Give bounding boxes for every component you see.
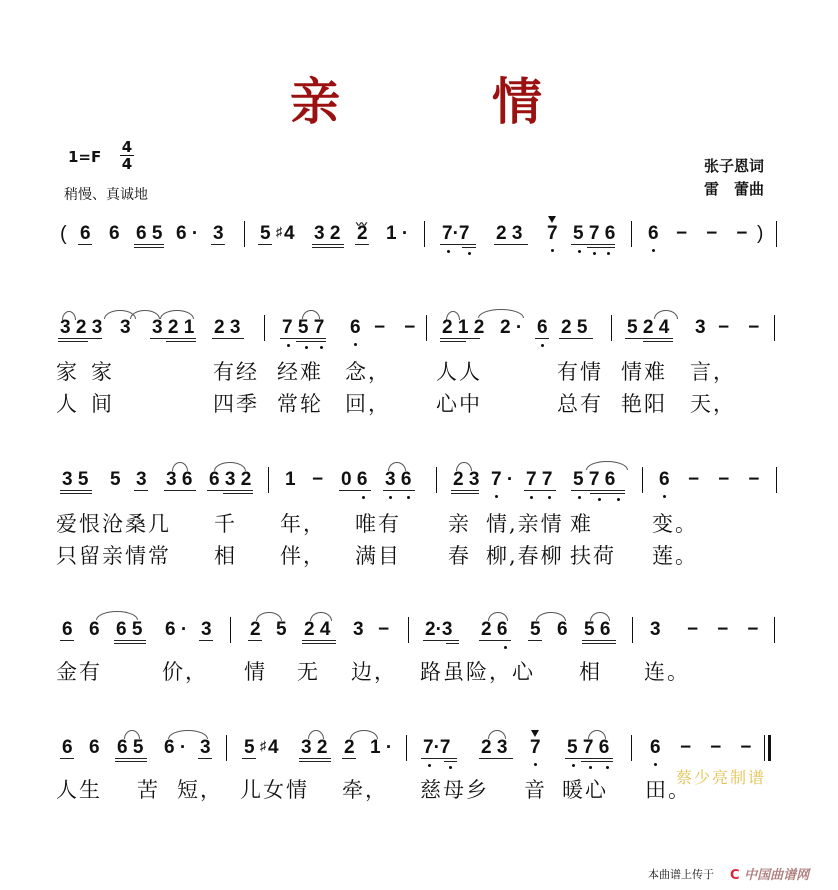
note: 2 3 [481,738,507,758]
lyric: 金有 [56,656,102,686]
note: 6 [62,738,73,758]
site-logo[interactable]: C 中国曲谱网 [730,864,809,883]
note: 5 [530,620,541,640]
key-signature: 1=F [68,148,101,166]
dash: − [378,620,389,640]
sharp-sign: ♯ [276,222,283,242]
lyric: 天， [690,388,736,418]
note: 5 [276,620,287,640]
barline [230,617,231,643]
note: 4 [284,224,295,244]
note: 1 · [386,224,408,244]
barline [436,467,437,493]
sharp-sign: ♯ [260,736,267,756]
note: 6 · [165,620,187,640]
lyric: 情难 [621,356,667,386]
note: 6 [350,318,361,338]
note: 7 7 [526,470,552,490]
note: 7 [547,224,558,244]
note: 3 [200,738,211,758]
note: 5 7 6 [567,738,609,758]
lyric: 只留亲情常 [56,540,171,570]
lyric: 慈母乡 [420,774,489,804]
lyric: 牵， [342,774,388,804]
open-paren: ( [60,224,67,244]
note: 2 6 [481,620,507,640]
note: 5 7 6 [573,470,615,490]
barline [406,735,407,761]
note: 5 [244,738,255,758]
note: 6 [89,738,100,758]
note: 6 · [176,224,198,244]
note: 3 2 [301,738,327,758]
note: 3 2 3 [60,318,102,338]
note: 5 [260,224,271,244]
note: 3 2 1 [152,318,194,338]
lyric: 亲 [448,508,471,538]
lyric: 难 [570,508,593,538]
lyric: 变。 [652,508,698,538]
note: 7·7 [423,738,450,758]
note: 7 [530,738,541,758]
note: 6 [557,620,568,640]
lyric: 四季 [213,388,259,418]
note: 5 [110,470,121,490]
time-sig-top: 4 [122,138,132,156]
close-paren: ) [757,224,763,244]
note: 3 [353,620,364,640]
dash: − − − [680,738,751,758]
lyric: 人生 [56,774,102,804]
lyric: 有经 [213,356,259,386]
note: 2 · [500,318,522,338]
note: 3 [650,620,661,640]
note: 2 3 [214,318,240,338]
note: 6 [109,224,120,244]
note: 6 [659,470,670,490]
note: 3 6 [385,470,411,490]
lyric: 价， [162,656,208,686]
note: 6 [80,224,91,244]
lyric: 千 [214,508,237,538]
note: 4 [268,738,279,758]
note: 5 6 [584,620,610,640]
barline [611,315,612,341]
lyric: 情 [244,656,267,686]
lyric: 苦 [137,774,160,804]
barline [268,467,269,493]
note: 1 [285,470,296,490]
dash: − [312,470,323,490]
note: 6 3 2 [209,470,251,490]
barline [776,467,777,493]
lyric: 音 [524,774,547,804]
note: 3 [213,224,224,244]
note: 3 [201,620,212,640]
accent-icon [531,730,539,737]
dash: − − [374,318,415,338]
barline [642,467,643,493]
lyric: 唯有 [355,508,401,538]
final-barline [764,735,771,761]
accent-icon [548,216,556,223]
note: 7 5 7 [282,318,324,338]
lyric: 相 [214,540,237,570]
note: 3 6 [166,470,192,490]
barline [776,221,777,247]
note: 3 [695,318,706,338]
note: 2 4 [304,620,330,640]
barline [631,735,632,761]
composer-credit: 雷 蕾曲 [704,178,764,199]
lyric: 经难 [277,356,323,386]
logo-icon: C [730,868,740,883]
lyric: 路虽险，心 [420,656,535,686]
barline [426,315,427,341]
lyric-verse1-line2: 家家 [56,356,114,386]
note: 2 1 2 [442,318,484,338]
lyric: 总有 [557,388,603,418]
lyric: 暖心 [562,774,608,804]
time-signature: 4 4 [120,140,134,171]
lyric: 儿女情 [240,774,309,804]
barline [632,617,633,643]
note: 5 7 6 [573,224,615,244]
lyric: 念， [345,356,391,386]
lyric: 有情 [557,356,603,386]
note: 2 3 [453,470,479,490]
footer-text: 本曲谱上传于 [648,866,714,882]
lyric: 年， [280,508,326,538]
note: 3 [120,318,131,338]
dash: − − − [687,620,758,640]
title-char-2: 情 [492,62,542,134]
note: 1 · [370,738,392,758]
lyric: 柳,春柳 [486,540,564,570]
note: 6 5 [136,224,162,244]
lyric: 无 [297,656,320,686]
note: 6 [62,620,73,640]
lyric: 情,亲情 [486,508,564,538]
lyric: 常轮 [277,388,323,418]
lyric: 心中 [436,388,482,418]
logo-name: 中国曲谱网 [744,868,809,883]
note: 2 [250,620,261,640]
dash: − − [718,318,759,338]
barline [774,315,775,341]
lyric: 回， [345,388,391,418]
note: 6 [650,738,661,758]
barline [244,221,245,247]
note: 5 2 4 [627,318,669,338]
note: 6 [537,318,548,338]
lyric: 伴， [280,540,326,570]
dash: − − − [688,470,759,490]
lyric: 扶荷 [570,540,616,570]
time-sig-bottom: 4 [122,155,132,173]
barline [226,735,227,761]
note: 2 [357,224,368,244]
note: 0 6 [341,470,367,490]
lyric: 短， [177,774,223,804]
barline [408,617,409,643]
transcriber-signature: 蔡少亮制谱 [676,765,766,788]
note: 6 [648,224,659,244]
note: 6 5 [116,620,142,640]
note: 2 [344,738,355,758]
title-char-1: 亲 [290,62,340,134]
note: 7·7 [442,224,469,244]
barline [631,221,632,247]
note: 3 [136,470,147,490]
lyric-verse2-line2: 人间 [56,388,114,418]
lyric: 爱恨沧桑几 [56,508,171,538]
lyric: 连。 [644,656,690,686]
lyricist-credit: 张子恩词 [704,155,764,176]
note: 3 5 [62,470,88,490]
lyric: 满目 [355,540,401,570]
note: 6 5 [117,738,143,758]
barline [774,617,775,643]
lyric: 春 [448,540,471,570]
tempo-marking: 稍慢、真诚地 [64,184,148,204]
lyric: 边， [351,656,397,686]
note: 6 [89,620,100,640]
lyric: 人人 [436,356,482,386]
note: 7 · [491,470,513,490]
note: 2 3 [496,224,522,244]
note: 2 5 [561,318,587,338]
lyric: 相 [579,656,602,686]
note: 3 2 [314,224,340,244]
note: 6 · [164,738,186,758]
dash: − − − [676,224,747,244]
lyric: 莲。 [652,540,698,570]
barline [264,315,265,341]
lyric: 艳阳 [621,388,667,418]
lyric: 言， [690,356,736,386]
note: 2·3 [425,620,452,640]
barline [424,221,425,247]
